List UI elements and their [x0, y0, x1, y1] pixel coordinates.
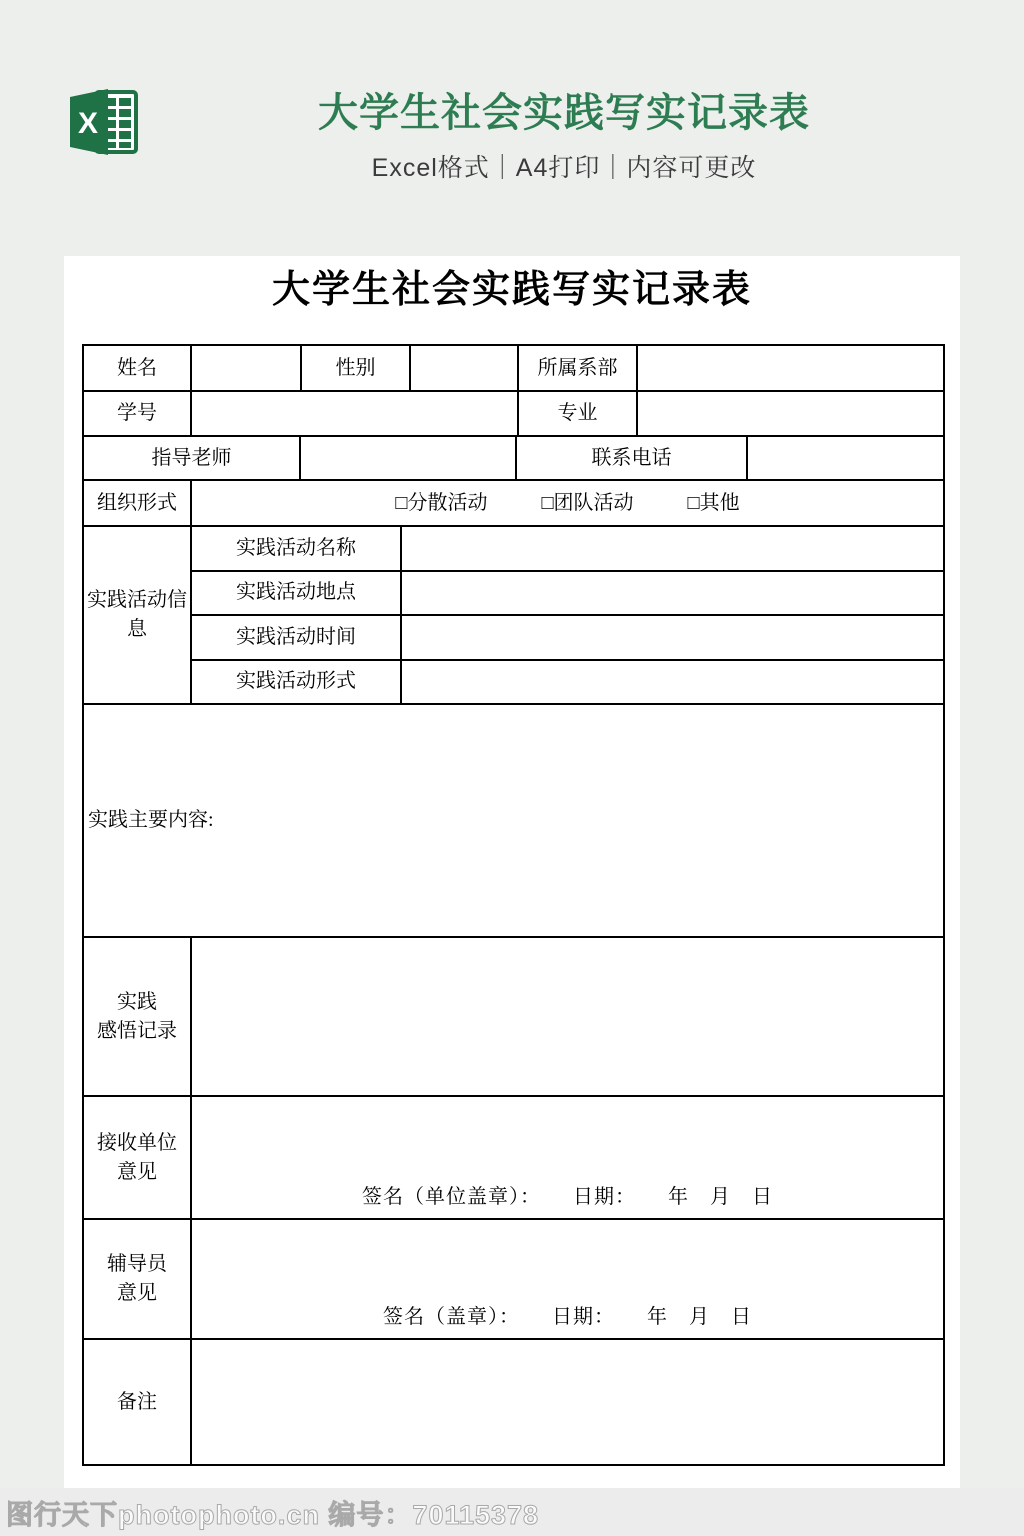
activity-name-label: 实践活动名称 [192, 527, 402, 570]
activity-name-value-cell [402, 527, 943, 570]
advisor-label: 指导老师 [84, 437, 299, 479]
counselor-opinion-value-cell: 签名（盖章）： 日期： 年 月 日 [190, 1220, 943, 1338]
activity-info-label: 实践活动信 息 [84, 527, 190, 703]
remarks-row: 备注 [84, 1338, 943, 1464]
activity-place-label: 实践活动地点 [192, 572, 402, 615]
reflection-value-cell [190, 938, 943, 1095]
table-row: 组织形式 □分散活动 □团队活动 □其他 [84, 479, 943, 525]
unit-opinion-row: 接收单位 意见 签名（单位盖章）： 日期： 年 月 日 [84, 1095, 943, 1218]
department-value-cell [636, 346, 943, 390]
main-content-row: 实践主要内容: [84, 703, 943, 936]
organization-options-cell: □分散活动 □团队活动 □其他 [190, 481, 943, 525]
counselor-opinion-row: 辅导员 意见 签名（盖章）： 日期： 年 月 日 [84, 1218, 943, 1338]
student-id-label: 学号 [84, 392, 190, 435]
name-value-cell [190, 346, 300, 390]
counselor-opinion-label: 辅导员 意见 [84, 1220, 190, 1338]
department-label: 所属系部 [517, 346, 636, 390]
form-title: 大学生社会实践写实记录表 [64, 256, 960, 314]
watermark-text: 图行天下photophoto.cn 编号：70115378 [6, 1493, 539, 1532]
table-row: 姓名 性别 所属系部 [84, 346, 943, 390]
activity-subrow: 实践活动时间 [192, 614, 943, 659]
watermark-bar: 图行天下photophoto.cn 编号：70115378 [0, 1488, 1024, 1536]
gender-label: 性别 [300, 346, 409, 390]
form-table: 姓名 性别 所属系部 学号 专业 指导老师 联系电话 组织形式 □分散活动 [82, 344, 945, 1466]
unit-opinion-label: 接收单位 意见 [84, 1097, 190, 1218]
template-title: 大学生社会实践写实记录表 [104, 90, 1024, 136]
gender-value-cell [409, 346, 517, 390]
main-content-label: 实践主要内容: [84, 705, 943, 936]
checkbox-option-other: □其他 [688, 489, 740, 518]
reflection-label: 实践 感悟记录 [84, 938, 190, 1095]
activity-subrow: 实践活动名称 [192, 527, 943, 570]
organization-label: 组织形式 [84, 481, 190, 525]
activity-time-value-cell [402, 616, 943, 659]
unit-opinion-value-cell: 签名（单位盖章）： 日期： 年 月 日 [190, 1097, 943, 1218]
name-label: 姓名 [84, 346, 190, 390]
counselor-signature-line: 签名（盖章）： 日期： 年 月 日 [192, 1303, 943, 1332]
advisor-value-cell [299, 437, 515, 479]
document-page: 大学生社会实践写实记录表 姓名 性别 所属系部 学号 专业 指导老师 联系电话 [64, 256, 960, 1488]
unit-signature-line: 签名（单位盖章）： 日期： 年 月 日 [192, 1183, 943, 1212]
student-id-value-cell [190, 392, 517, 435]
activity-info-row: 实践活动信 息 实践活动名称 实践活动地点 实践活动时间 实践活动形式 [84, 525, 943, 703]
header-text-block: 大学生社会实践写实记录表 Excel格式｜A4打印｜内容可更改 [0, 90, 1024, 184]
activity-time-label: 实践活动时间 [192, 616, 402, 659]
table-row: 学号 专业 [84, 390, 943, 435]
activity-form-label: 实践活动形式 [192, 661, 402, 704]
reflection-row: 实践 感悟记录 [84, 936, 943, 1095]
activity-subrow: 实践活动形式 [192, 659, 943, 704]
checkbox-option-scattered: □分散活动 [395, 489, 487, 518]
activity-form-value-cell [402, 661, 943, 704]
activity-place-value-cell [402, 572, 943, 615]
remarks-label: 备注 [84, 1340, 190, 1464]
checkbox-option-team: □团队活动 [541, 489, 633, 518]
table-row: 指导老师 联系电话 [84, 435, 943, 479]
major-label: 专业 [517, 392, 636, 435]
template-subtitle: Excel格式｜A4打印｜内容可更改 [104, 148, 1024, 184]
major-value-cell [636, 392, 943, 435]
phone-value-cell [746, 437, 943, 479]
activity-info-grid: 实践活动名称 实践活动地点 实践活动时间 实践活动形式 [190, 527, 943, 703]
activity-subrow: 实践活动地点 [192, 570, 943, 615]
phone-label: 联系电话 [515, 437, 746, 479]
remarks-value-cell [190, 1340, 943, 1464]
